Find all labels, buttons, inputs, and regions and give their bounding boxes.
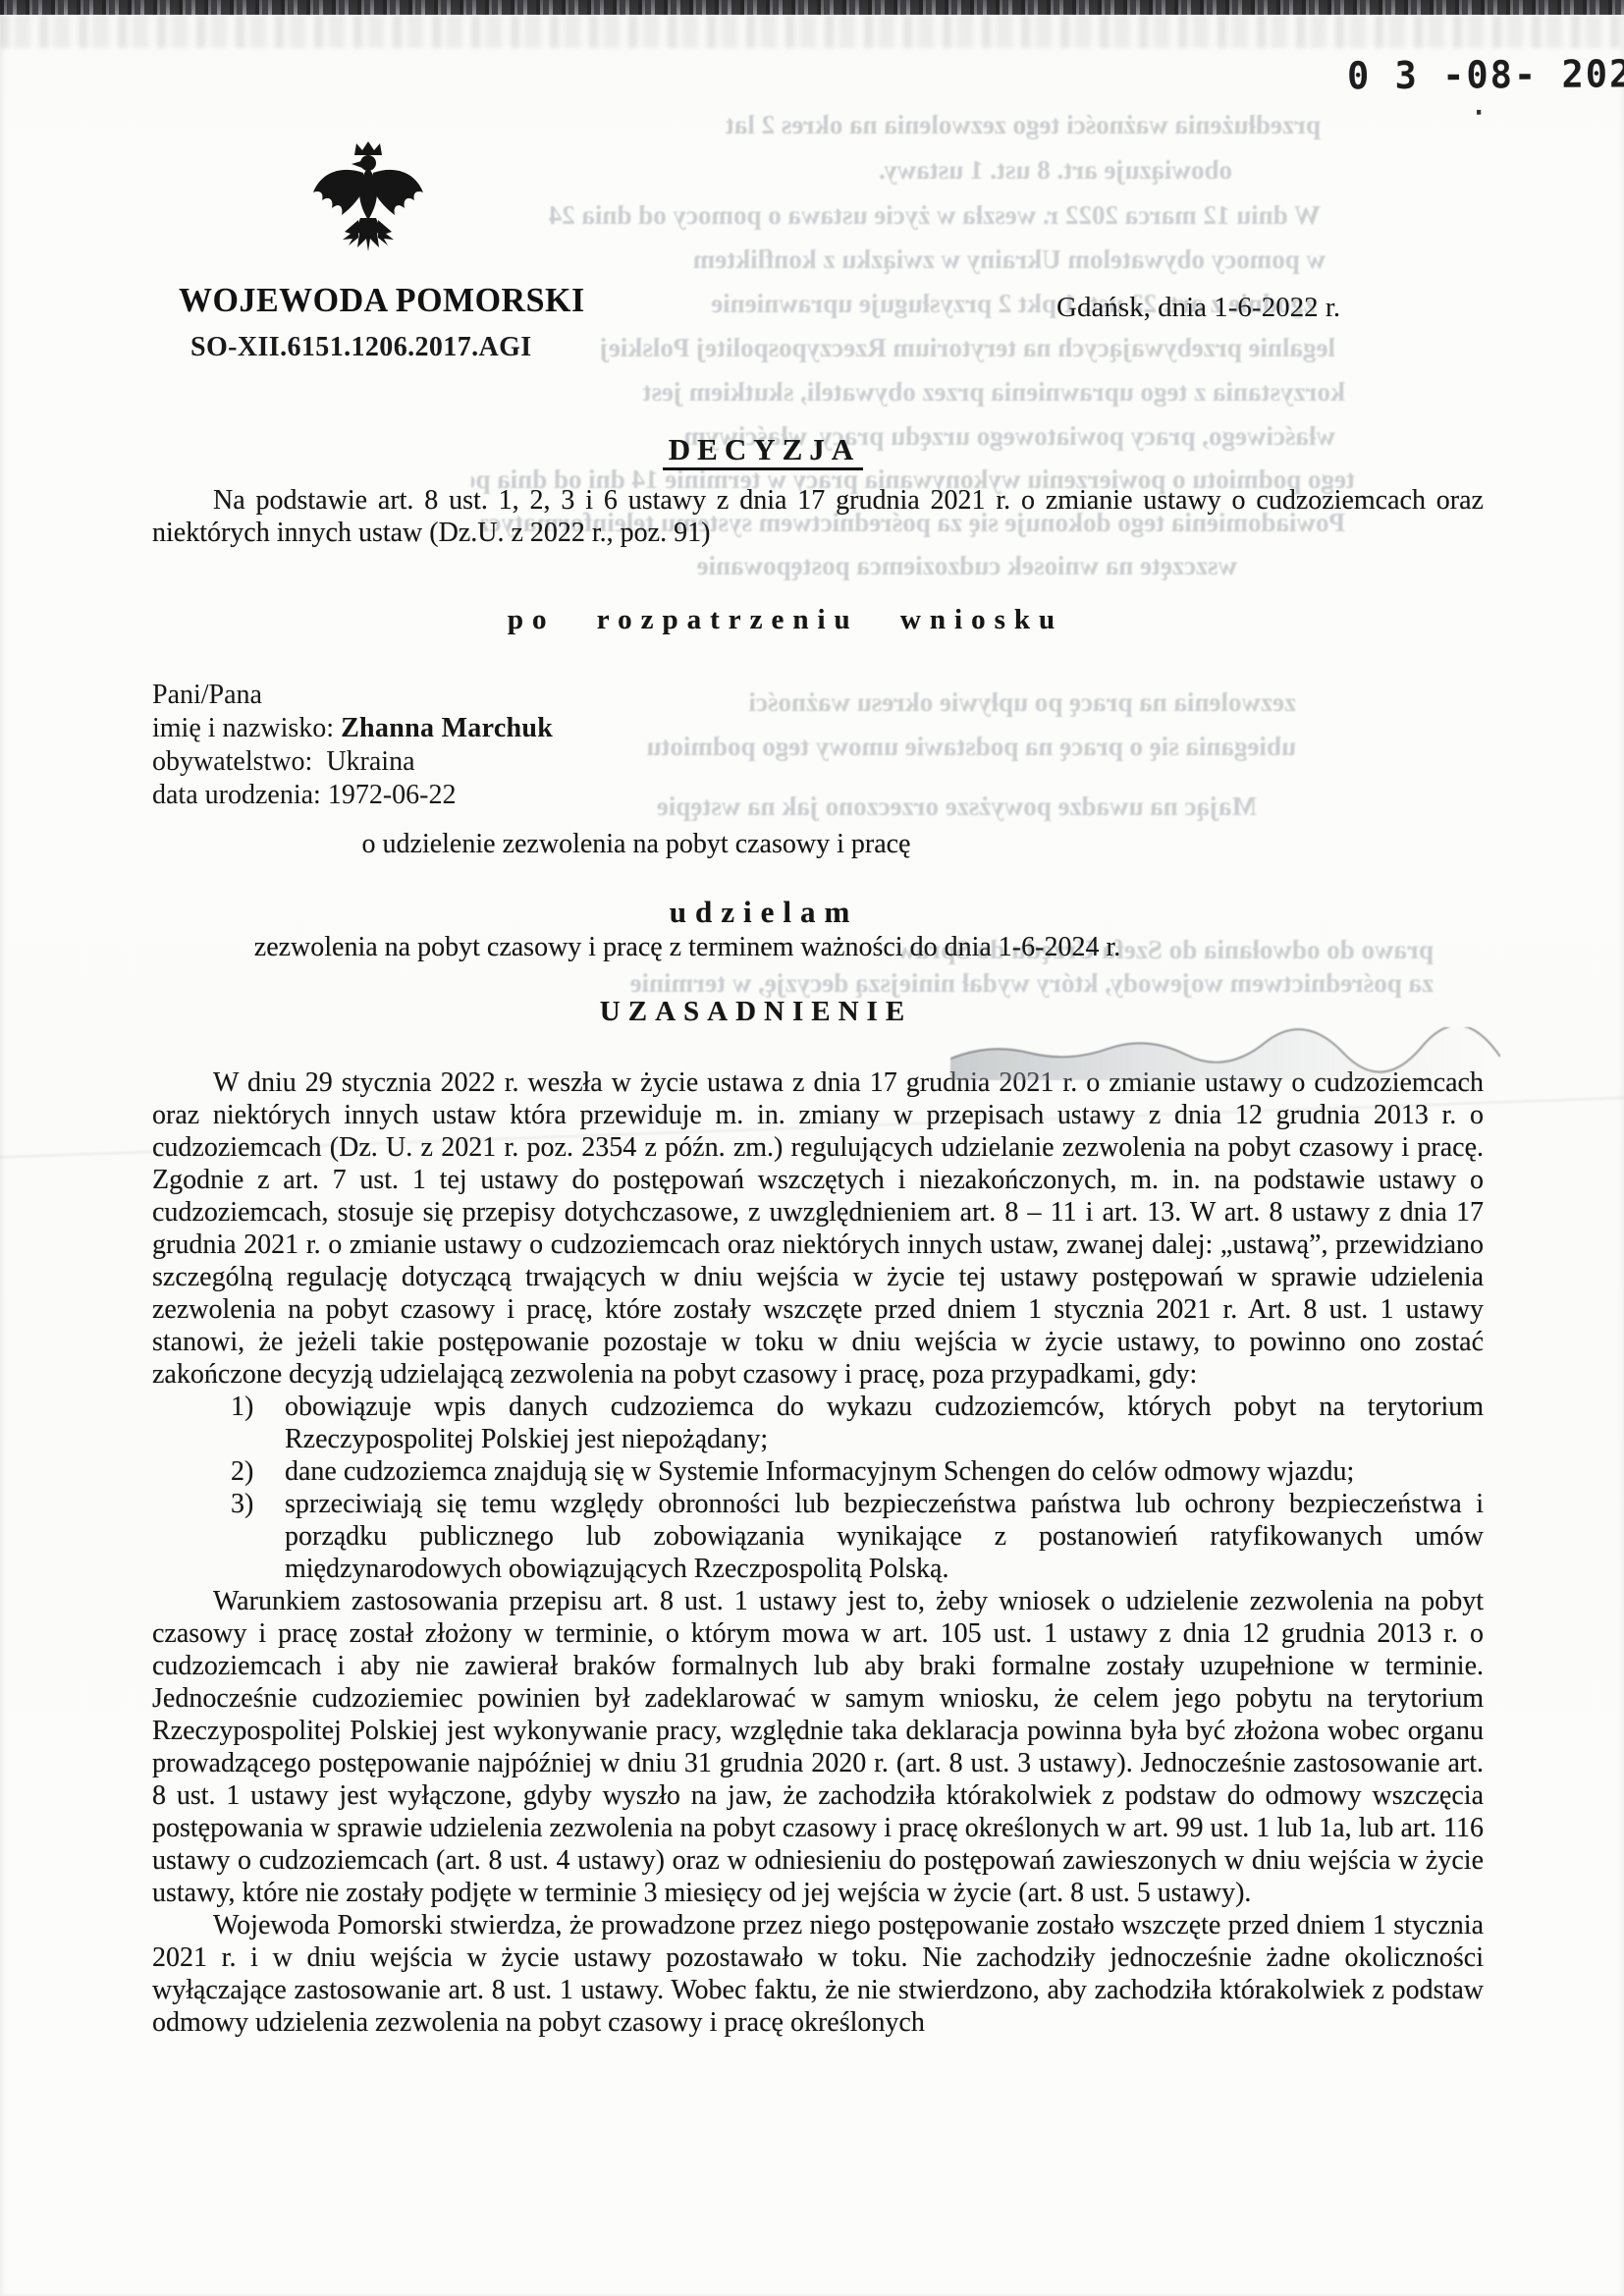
justification-paragraph-2: Warunkiem zastosowania przepisu art. 8 u… — [152, 1585, 1484, 1909]
bleedthrough-line: korzystania z tego uprawnienia przez oby… — [530, 377, 1345, 407]
after-review-heading: po rozpatrzeniu wniosku — [152, 602, 1484, 637]
legal-basis-paragraph: Na podstawie art. 8 ust. 1, 2, 3 i 6 ust… — [152, 484, 1484, 549]
decision-word: udzielam — [152, 894, 1484, 931]
decision-title: DECYZJA — [663, 432, 863, 470]
decision-title-row: DECYZJA — [152, 430, 1484, 475]
polish-eagle-emblem — [309, 139, 427, 273]
issuer-title: WOJEWODA POMORSKI — [179, 283, 571, 321]
applicant-name: Zhanna Marchuk — [341, 713, 553, 743]
decision-text: zezwolenia na pobyt czasowy i pracę z te… — [152, 931, 1484, 964]
applicant-birthdate: 1972-06-22 — [328, 780, 457, 810]
applicant-salutation: Pani/Pana — [152, 679, 1484, 712]
scan-artifact-top-edge — [0, 0, 1624, 15]
list-text: dane cudzoziemca znajdują się w Systemie… — [285, 1455, 1484, 1488]
bleedthrough-line: W dniu 12 marca 2022 r. weszła w życie u… — [535, 200, 1321, 230]
list-item-1: 1) obowiązuje wpis danych cudzoziemca do… — [152, 1391, 1484, 1455]
case-number: SO-XII.6151.1206.2017.AGI — [190, 332, 532, 363]
list-marker: 1) — [231, 1391, 285, 1455]
applicant-block: Pani/Pana imię i nazwisko: Zhanna Marchu… — [152, 679, 1484, 812]
date-received-stamp: 0 3 -08- 2022 — [1347, 52, 1583, 97]
justification-heading: UZASADNIENIE — [152, 994, 1484, 1029]
justification-paragraph-1: W dniu 29 stycznia 2022 r. weszła w życi… — [152, 1066, 1484, 1391]
list-marker: 3) — [231, 1488, 285, 1585]
list-text: obowiązuje wpis danych cudzoziemca do wy… — [285, 1391, 1484, 1455]
bleedthrough-line: obowiązuje art. 8 ust. 1 ustawy. — [545, 155, 1232, 185]
scanned-document-page: przedłużenia ważności tego zezwolenia na… — [0, 0, 1624, 2296]
decision-body: DECYZJA Na podstawie art. 8 ust. 1, 2, 3… — [152, 430, 1484, 2039]
bleedthrough-line: w pomocy obywatelom Ukrainy w związku z … — [530, 245, 1326, 274]
birthdate-label: data urodzenia: — [152, 780, 321, 810]
applicant-birthdate-row: data urodzenia: 1972-06-22 — [152, 779, 1484, 812]
bleedthrough-line: przedłużenia ważności tego zezwolenia na… — [545, 110, 1321, 139]
list-item-2: 2) dane cudzoziemca znajdują się w Syste… — [152, 1455, 1484, 1488]
name-label: imię i nazwisko: — [152, 713, 334, 743]
list-text: sprzeciwiają się temu względy obronności… — [285, 1488, 1484, 1585]
scan-artifact-top-fade — [0, 15, 1624, 48]
paper-wrinkle — [950, 1027, 1500, 1080]
request-subject: o udzielenie zezwolenia na pobyt czasowy… — [152, 828, 1484, 861]
citizenship-label: obywatelstwo: — [152, 746, 312, 777]
bleedthrough-line: legalnie przebywających na terytorium Rz… — [530, 333, 1335, 362]
place-and-date: Gdańsk, dnia 1-6-2022 r. — [1056, 292, 1340, 324]
list-marker: 2) — [231, 1455, 285, 1488]
applicant-citizenship-row: obywatelstwo: Ukraina — [152, 745, 1484, 779]
applicant-citizenship: Ukraina — [326, 746, 414, 777]
applicant-name-row: imię i nazwisko: Zhanna Marchuk — [152, 712, 1484, 745]
list-item-3: 3) sprzeciwiają się temu względy obronno… — [152, 1488, 1484, 1585]
justification-paragraph-3: Wojewoda Pomorski stwierdza, że prowadzo… — [152, 1909, 1484, 2039]
